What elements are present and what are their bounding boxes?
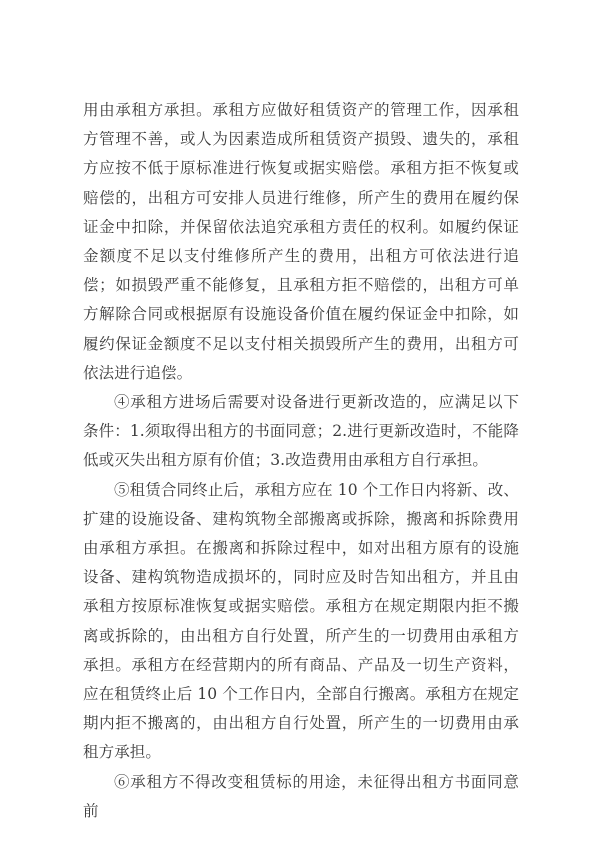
document-page: 用由承租方承担。承租方应做好租赁资产的管理工作，因承租方管理不善，或人为因素造成… bbox=[0, 0, 600, 848]
paragraph-clause-5: ⑤租赁合同终止后，承租方应在 10 个工作日内将新、改、扩建的设施设备、建构筑物… bbox=[83, 476, 519, 768]
paragraph-continuation: 用由承租方承担。承租方应做好租赁资产的管理工作，因承租方管理不善，或人为因素造成… bbox=[83, 96, 519, 388]
paragraph-clause-4: ④承租方进场后需要对设备进行更新改造的，应满足以下条件：1.须取得出租方的书面同… bbox=[83, 388, 519, 476]
paragraph-clause-6: ⑥承租方不得改变租赁标的用途，未征得出租方书面同意前 bbox=[83, 768, 519, 826]
contract-text-block: 用由承租方承担。承租方应做好租赁资产的管理工作，因承租方管理不善，或人为因素造成… bbox=[83, 96, 519, 826]
